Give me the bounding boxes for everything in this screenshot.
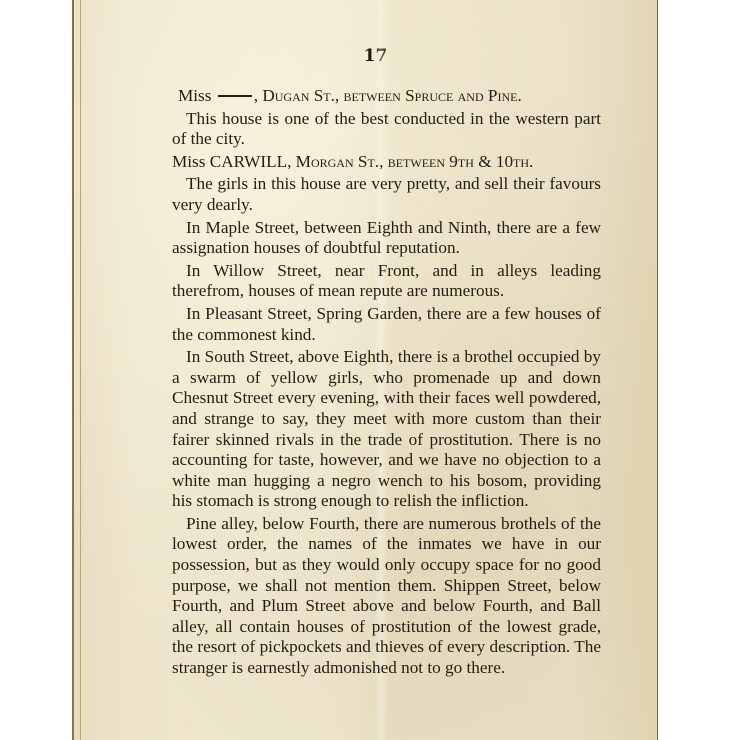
entry-heading-carwill: Miss CARWILL, Morgan St., between 9th & … <box>172 152 601 173</box>
heading-name-prefix: Miss <box>178 86 211 105</box>
paragraph-carwill-description: The girls in this house are very pretty,… <box>172 174 601 215</box>
name-blank-dash <box>218 95 252 97</box>
paragraph-pine-alley: Pine alley, below Fourth, there are nume… <box>172 514 601 679</box>
paragraph-dugan-description: This house is one of the best conducted … <box>172 109 601 150</box>
page-number: 17 <box>74 46 657 66</box>
paragraph-south-street: In South Street, above Eighth, there is … <box>172 347 601 512</box>
page-body: Miss , Dugan St., between Spruce and Pin… <box>172 86 601 681</box>
heading-name: Miss CARWILL, <box>172 152 291 171</box>
heading-address: Morgan St., between 9th & 10th. <box>291 152 533 171</box>
entry-heading-dugan-st: Miss , Dugan St., between Spruce and Pin… <box>172 86 601 107</box>
heading-address: , Dugan St., between Spruce and Pine. <box>254 86 522 105</box>
paragraph-willow-street: In Willow Street, near Front, and in all… <box>172 261 601 302</box>
paragraph-pleasant-street: In Pleasant Street, Spring Garden, there… <box>172 304 601 345</box>
paragraph-maple-street: In Maple Street, between Eighth and Nint… <box>172 218 601 259</box>
book-page: 17 Miss , Dugan St., between Spruce and … <box>72 0 658 740</box>
